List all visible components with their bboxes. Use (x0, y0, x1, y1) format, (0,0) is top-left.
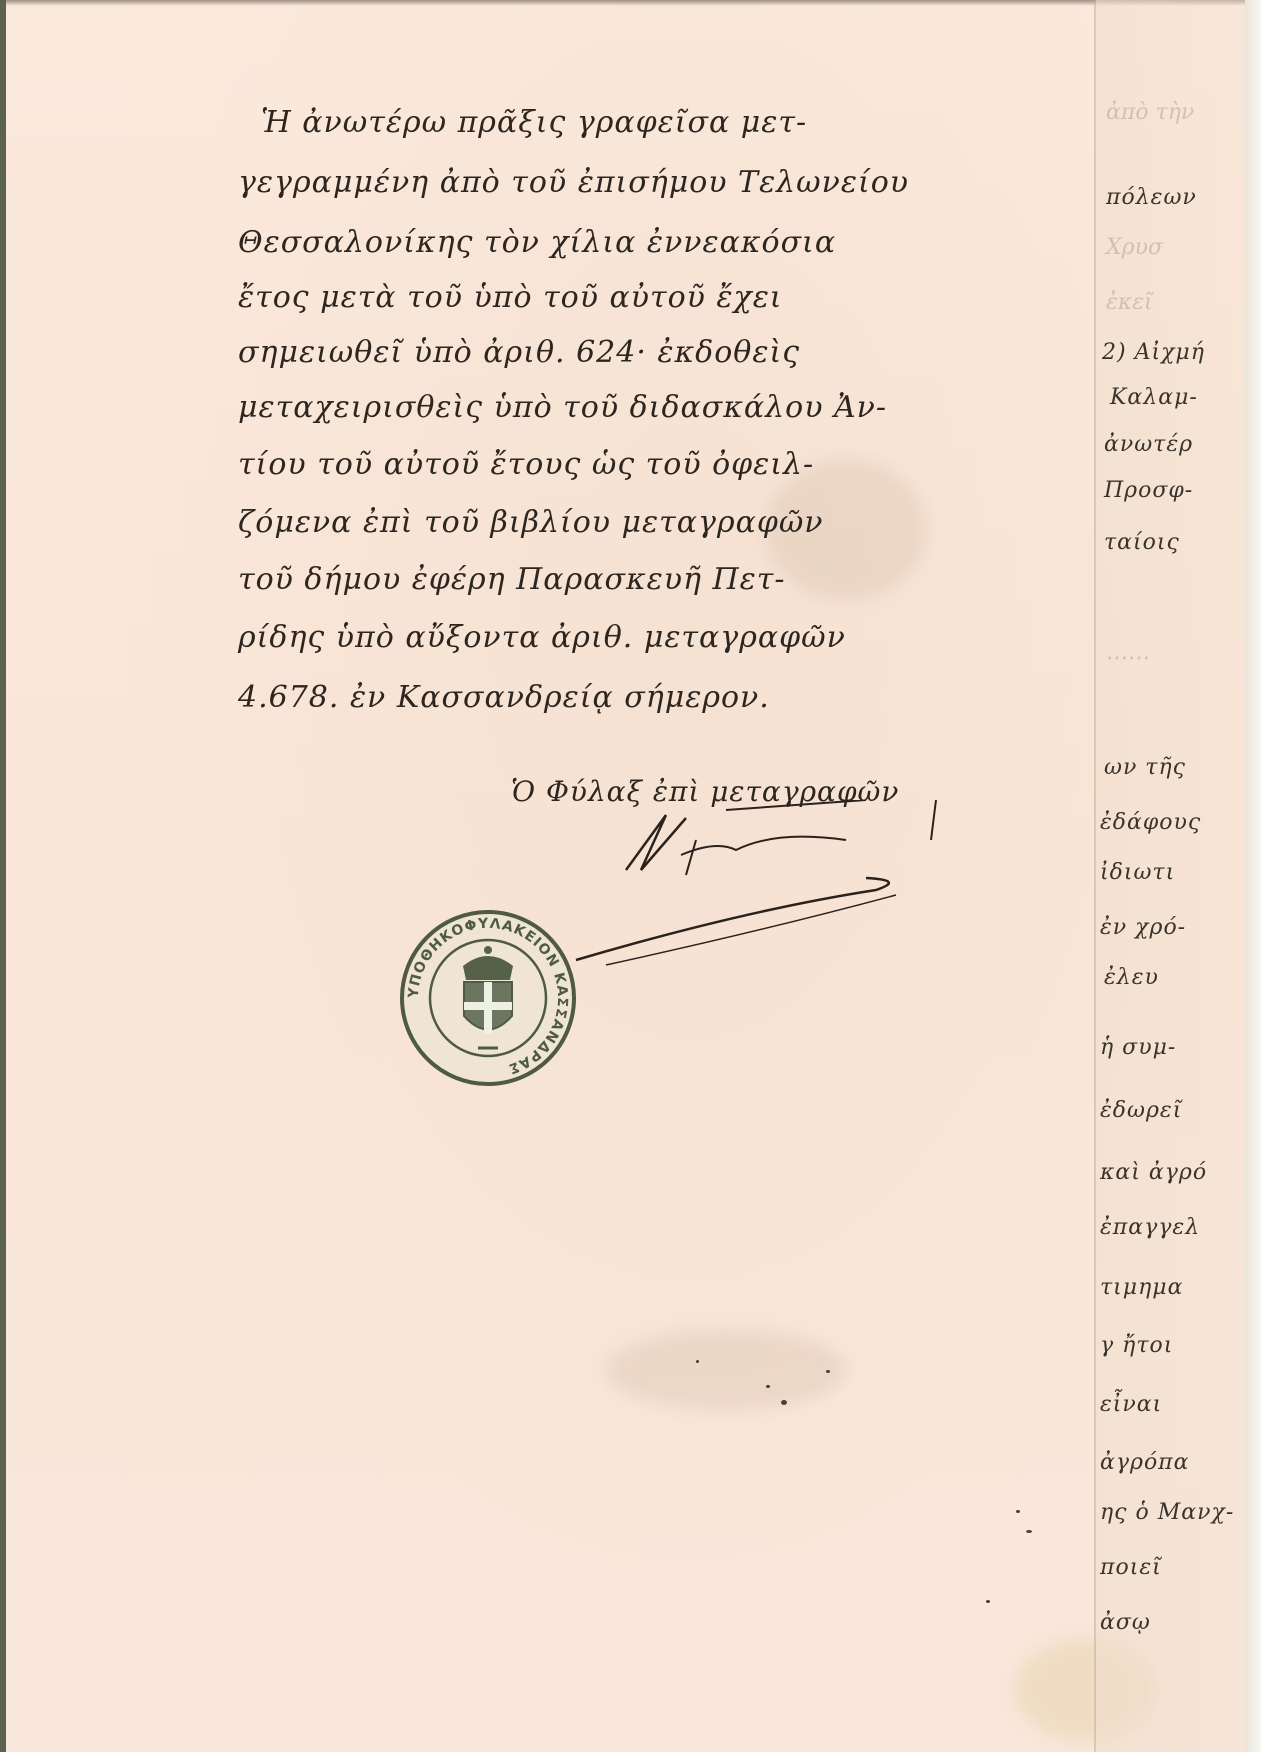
margin-line: ἐδωρεῖ (1100, 1098, 1182, 1123)
fold-line (1094, 0, 1096, 1752)
margin-line: ἐλευ (1104, 965, 1159, 990)
margin-line: Προσφ- (1104, 478, 1193, 503)
faded-text: Χρυσ (1106, 235, 1163, 260)
text-line: Ἡ ἀνωτέρω πρᾶξις γραφεῖσα μετ- (261, 105, 807, 140)
text-line: ἔτος μετὰ τοῦ ὑπὸ τοῦ αὐτοῦ ἔχει (238, 280, 783, 315)
margin-line: ἀγρόπα (1100, 1450, 1190, 1475)
text-line: ρίδης ὑπὸ αὔξοντα ἀριθ. μεταγραφῶν (238, 620, 846, 655)
margin-line: Καλαμ- (1110, 385, 1198, 410)
margin-line: ἐν χρό- (1100, 915, 1186, 940)
page-top-edge (6, 0, 1254, 6)
page-right-edge (1245, 0, 1261, 1752)
text-line: ζόμενα ἐπὶ τοῦ βιβλίου μεταγραφῶν (238, 505, 824, 540)
text-line: γεγραμμένη ἀπὸ τοῦ ἐπισήμου Τελωνείου (238, 165, 909, 200)
text-line: τίου τοῦ αὐτοῦ ἔτους ὡς τοῦ ὀφειλ- (238, 447, 814, 482)
text-line: Θεσσαλονίκης τὸν χίλια ἐννεακόσια (238, 225, 836, 260)
margin-line: τιμημα (1100, 1275, 1183, 1300)
margin-line: ποιεῖ (1100, 1555, 1162, 1580)
margin-line: ἐπαγγελ (1100, 1215, 1200, 1240)
margin-line: γ ἤτοι (1100, 1333, 1173, 1358)
text-line: μεταχειρισθεὶς ὑπὸ τοῦ διδασκάλου Ἀν- (238, 390, 887, 425)
margin-line: 2) Αἰχμή (1102, 340, 1205, 365)
margin-line: ἐδάφους (1100, 810, 1201, 835)
faded-text: …… (1106, 640, 1150, 665)
margin-line: καὶ ἀγρό (1100, 1160, 1207, 1185)
margin-line: ης ὁ Μανχ- (1100, 1500, 1234, 1525)
text-line: 4.678. ἐν Κασσανδρείᾳ σήμερον. (238, 680, 770, 715)
document-page: Ἡ ἀνωτέρω πρᾶξις γραφεῖσα μετ- γεγραμμέν… (0, 0, 1248, 1752)
faded-text: ἀπὸ τὴν (1106, 100, 1194, 125)
faded-text: ἐκεῖ (1106, 290, 1153, 315)
text-line: σημειωθεῖ ὑπὸ ἀριθ. 624· ἐκδοθεὶς (238, 335, 800, 370)
margin-line: ταίοις (1104, 530, 1180, 555)
margin-line: πόλεων (1106, 185, 1197, 210)
margin-line: ἰδιωτι (1100, 860, 1175, 885)
official-seal: ΥΠΟΘΗΚΟΦΥΛΑΚΕΙΟΝ ΚΑΣΣΑΝΔΡΑΣ (398, 908, 578, 1088)
text-line: τοῦ δήμου ἐφέρη Παρασκευῆ Πετ- (238, 562, 785, 597)
margin-line: ἡ συμ- (1100, 1035, 1176, 1060)
margin-line: ἀνωτέρ (1104, 432, 1193, 457)
margin-line: ων τῆς (1104, 755, 1186, 780)
paper-stain (606, 1330, 846, 1410)
margin-line: εἶναι (1100, 1392, 1162, 1417)
margin-line: ἀσῳ (1100, 1610, 1151, 1635)
